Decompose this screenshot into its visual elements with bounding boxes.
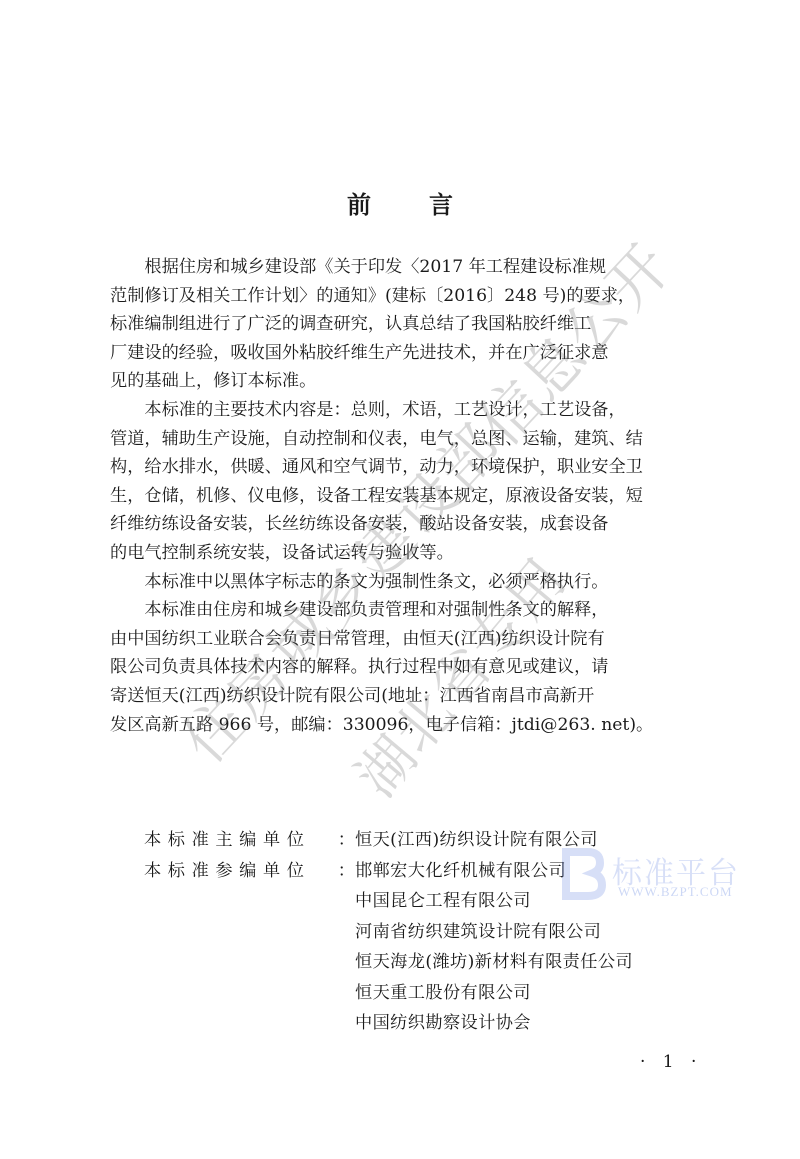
title-char: 前 — [347, 185, 371, 220]
participating-unit-value: 邯郸宏大化纤机械有限公司 — [355, 856, 566, 887]
text-line: 本标准由住房和城乡建设部负责管理和对强制性条文的解释， — [110, 596, 700, 625]
chief-unit-label: 本标准主编单位： — [144, 825, 355, 856]
chief-unit-row: 本标准主编单位： 恒天(江西)纺织设计院有限公司 — [144, 825, 633, 856]
text-line: 本标准的主要技术内容是：总则，术语，工艺设计，工艺设备， — [110, 396, 700, 425]
participating-unit-value: 中国昆仑工程有限公司 — [144, 886, 633, 917]
text-line: 管道，辅助生产设施，自动控制和仪表，电气，总图、运输，建筑、结 — [110, 425, 700, 454]
text-line: 标准编制组进行了广泛的调查研究，认真总结了我国粘胶纤维工 — [110, 310, 700, 339]
participating-unit-value: 恒天海龙(潍坊)新材料有限责任公司 — [144, 947, 633, 978]
participating-unit-value: 河南省纺织建筑设计院有限公司 — [144, 917, 633, 948]
text-line: 寄送恒天(江西)纺织设计院有限公司(地址：江西省南昌市高新开 — [110, 682, 700, 711]
page-number: · 1 · — [640, 1052, 702, 1072]
text-line: 生，仓储，机修、仪电修，设备工程安装基本规定，原液设备安装，短 — [110, 482, 700, 511]
participating-unit-value: 恒天重工股份有限公司 — [144, 978, 633, 1009]
chief-unit-value: 恒天(江西)纺织设计院有限公司 — [355, 825, 598, 856]
preface-body: 根据住房和城乡建设部《关于印发〈2017 年工程建设标准规 范制修订及相关工作计… — [110, 253, 700, 739]
paragraph-contents: 本标准的主要技术内容是：总则，术语，工艺设计，工艺设备， 管道，辅助生产设施，自… — [110, 396, 700, 568]
participating-unit-value: 中国纺织勘察设计协会 — [144, 1008, 633, 1039]
paragraph-management: 本标准由住房和城乡建设部负责管理和对强制性条文的解释， 由中国纺织工业联合会负责… — [110, 596, 700, 739]
title-char: 言 — [429, 185, 453, 220]
text-line: 限公司负责具体技术内容的解释。执行过程中如有意见或建议，请 — [110, 653, 700, 682]
paragraph-mandatory: 本标准中以黑体字标志的条文为强制性条文，必须严格执行。 — [110, 568, 700, 597]
text-line: 见的基础上，修订本标准。 — [110, 367, 700, 396]
text-line: 由中国纺织工业联合会负责日常管理，由恒天(江西)纺织设计院有 — [110, 625, 700, 654]
bzpt-logo-url: WWW.BZPT.COM — [618, 884, 733, 900]
text-line: 纤维纺练设备安装，长丝纺练设备安装，酸站设备安装，成套设备 — [110, 510, 700, 539]
text-line: 厂建设的经验，吸收国外粘胶纤维生产先进技术，并在广泛征求意 — [110, 339, 700, 368]
text-line: 的电气控制系统安装，设备试运转与验收等。 — [110, 539, 700, 568]
paragraph-basis: 根据住房和城乡建设部《关于印发〈2017 年工程建设标准规 范制修订及相关工作计… — [110, 253, 700, 396]
editing-units: 本标准主编单位： 恒天(江西)纺织设计院有限公司 本标准参编单位： 邯郸宏大化纤… — [144, 825, 633, 1039]
page-title: 前言 — [0, 185, 800, 220]
text-line: 发区高新五路 966 号，邮编：330096，电子信箱：jtdi@263. ne… — [110, 711, 700, 740]
text-line: 本标准中以黑体字标志的条文为强制性条文，必须严格执行。 — [110, 568, 700, 597]
text-line: 构，给水排水，供暖、通风和空气调节，动力，环境保护，职业安全卫 — [110, 453, 700, 482]
text-line: 范制修订及相关工作计划〉的通知》(建标〔2016〕248 号)的要求， — [110, 282, 700, 311]
participating-unit-label: 本标准参编单位： — [144, 856, 355, 887]
document-page: 前言 根据住房和城乡建设部《关于印发〈2017 年工程建设标准规 范制修订及相关… — [0, 0, 800, 1159]
participating-unit-row: 本标准参编单位： 邯郸宏大化纤机械有限公司 — [144, 856, 633, 887]
text-line: 根据住房和城乡建设部《关于印发〈2017 年工程建设标准规 — [110, 253, 700, 282]
